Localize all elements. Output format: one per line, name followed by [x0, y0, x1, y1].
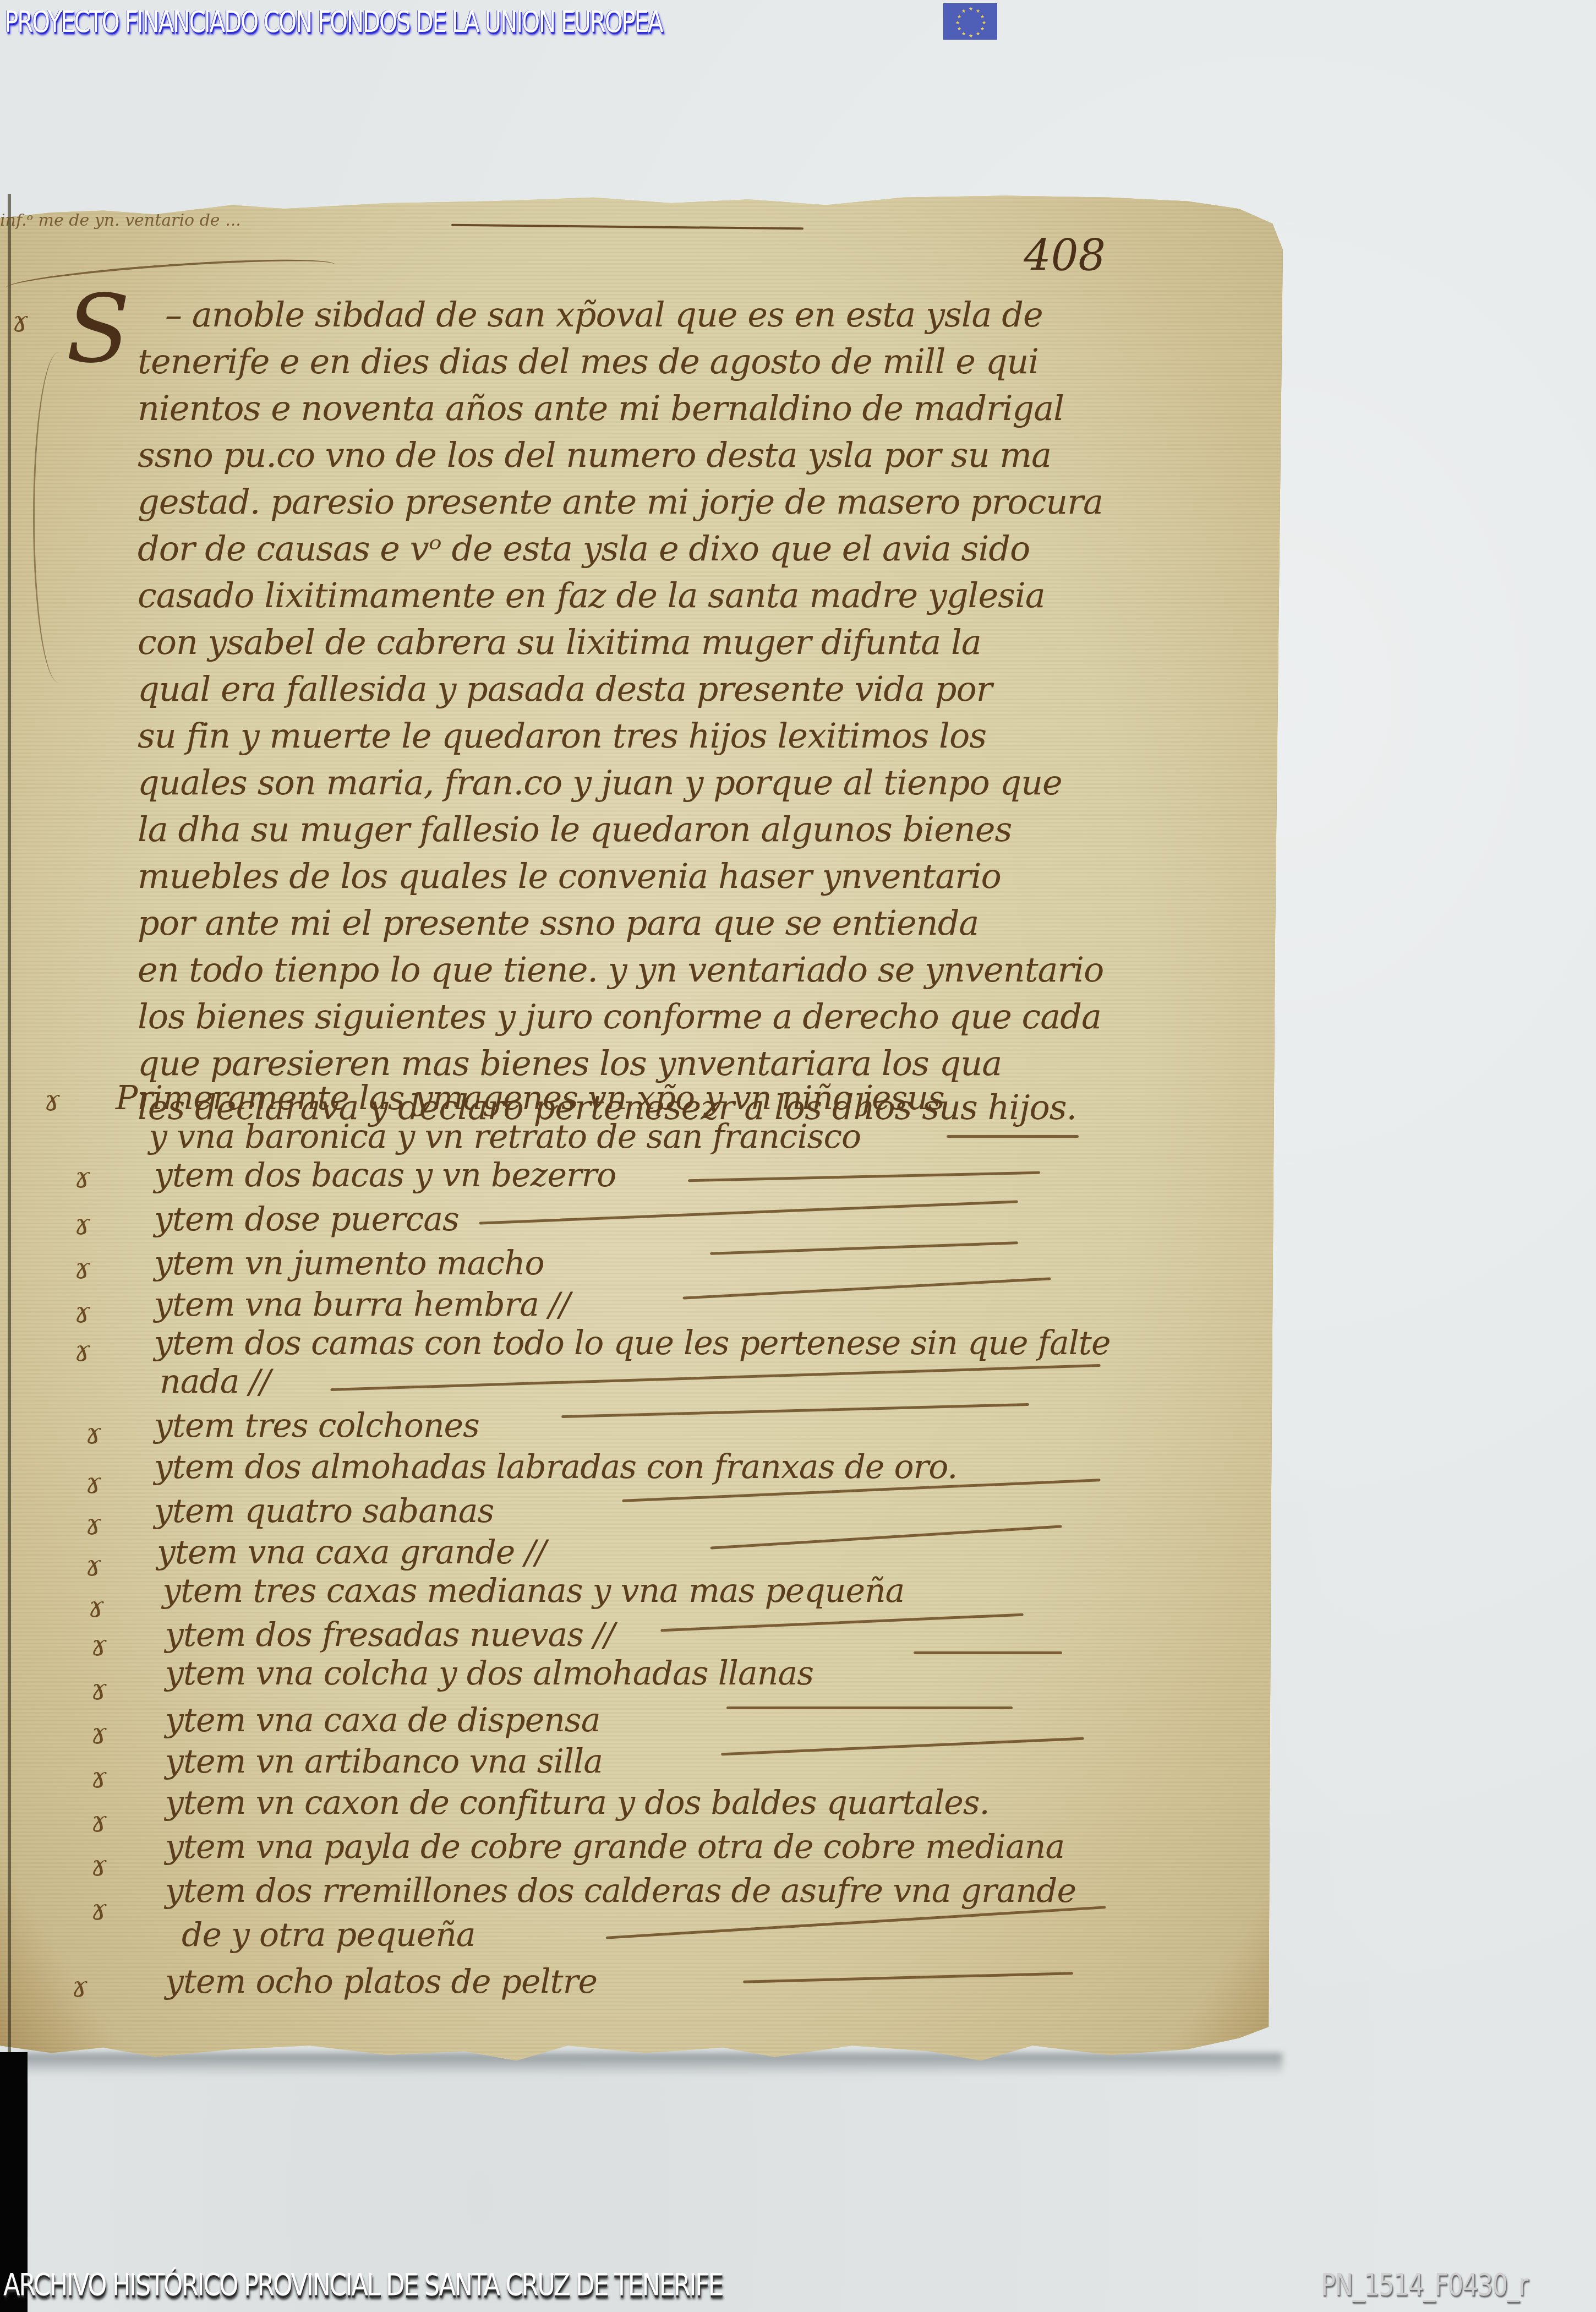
inventory-item: ytem ocho platos de peltre [165, 1962, 597, 2001]
body-line: la dha su muger fallesio le quedaron alg… [138, 809, 1012, 849]
inventory-item: ytem dos almohadas labradas con franxas … [154, 1448, 957, 1486]
star-icon: ★ [969, 34, 972, 37]
star-icon: ★ [980, 15, 983, 18]
body-line: por ante mi el presente ssno para que se… [138, 903, 979, 943]
inventory-item: ytem vn artibanco vna silla [165, 1742, 603, 1781]
body-line: nientos e noventa años ante mi bernaldin… [138, 388, 1064, 428]
line-filler [726, 1706, 1013, 1709]
eu-flag-icon: ★ ★ ★ ★ ★ ★ ★ ★ ★ ★ ★ ★ [943, 3, 997, 40]
body-line: en todo tienpo lo que tiene. y yn ventar… [138, 950, 1103, 990]
inventory-item: Primeramente las ymagenes vn xp̃o y vn n… [116, 1079, 944, 1117]
inventory-item: ytem vn jumento macho [154, 1244, 544, 1283]
margin-check-mark: ɤ [91, 1806, 107, 1839]
inventory-item: ytem quatro sabanas [154, 1492, 494, 1530]
body-line: casado lixitimamente en faz de la santa … [138, 575, 1045, 615]
body-line: quales son maria, fran.co y juan y porqu… [138, 762, 1062, 803]
funding-banner-text: PROYECTO FINANCIADO CON FONDOS DE LA UNI… [4, 4, 919, 39]
inventory-item: ytem vn caxon de confitura y dos baldes … [165, 1784, 990, 1822]
inventory-item: ytem dos rremillones dos calderas de asu… [165, 1872, 1076, 1910]
margin-check-mark: ɤ [91, 1850, 107, 1883]
star-icon: ★ [980, 27, 983, 30]
star-icon: ★ [982, 21, 985, 24]
margin-check-mark: ɤ [74, 1296, 90, 1329]
margin-check-mark: ɤ [91, 1717, 107, 1751]
margin-flourish [33, 352, 84, 683]
star-icon: ★ [957, 15, 960, 18]
star-icon: ★ [976, 9, 979, 13]
margin-check-mark: ɤ [44, 1084, 60, 1117]
margin-check-mark: ɤ [12, 306, 28, 339]
star-icon: ★ [969, 7, 972, 10]
line-filler [914, 1651, 1062, 1654]
star-icon: ★ [976, 32, 979, 35]
body-line: ssno pu.co vno de los del numero desta y… [138, 435, 1051, 475]
page-gutter [8, 194, 11, 2054]
body-line: con ysabel de cabrera su lixitima muger … [138, 622, 981, 662]
margin-check-mark: ɤ [74, 1162, 90, 1195]
heading-note: inf.ᵒ me de yn. ventario de ... [0, 211, 241, 230]
body-line: que paresieren mas bienes los ynventaria… [138, 1043, 1002, 1083]
inventory-item: de y otra pequeña [182, 1916, 475, 1954]
margin-check-mark: ɤ [72, 1971, 88, 2004]
margin-check-mark: ɤ [85, 1550, 101, 1583]
star-icon: ★ [961, 9, 965, 13]
funding-banner: PROYECTO FINANCIADO CON FONDOS DE LA UNI… [4, 2, 1177, 41]
body-line: muebles de los quales le convenia haser … [138, 856, 1001, 896]
inventory-item: ytem dose puercas [154, 1200, 459, 1239]
inventory-item: ytem vna caxa grande // [157, 1533, 546, 1572]
margin-check-mark: ɤ [91, 1894, 107, 1927]
inventory-item: ytem vna burra hembra // [154, 1285, 570, 1324]
star-icon: ★ [957, 27, 960, 30]
folio-number: 408 [1024, 231, 1106, 281]
body-line: los bienes siguientes y juro conforme a … [138, 996, 1101, 1037]
inventory-item: nada // [160, 1362, 270, 1401]
margin-check-mark: ɤ [91, 1673, 107, 1706]
margin-check-mark: ɤ [74, 1208, 90, 1241]
inventory-item: ytem dos fresadas nuevas // [165, 1616, 615, 1654]
inventory-item: ytem vna caxa de dispensa [165, 1701, 600, 1740]
inventory-item: y vna baronica y vn retrato de san franc… [149, 1117, 861, 1156]
line-filler [947, 1135, 1079, 1138]
body-line: gestad. paresio presente ante mi jorje d… [138, 482, 1103, 522]
body-line: dor de causas e vᵒ de esta ysla e dixo q… [138, 528, 1030, 569]
body-line: tenerife e en dies dias del mes de agost… [138, 341, 1039, 381]
body-line: – anoble sibdad de san xp̃oval que es en… [165, 295, 1043, 335]
margin-check-mark: ɤ [88, 1591, 104, 1624]
margin-check-mark: ɤ [74, 1335, 90, 1368]
margin-check-mark: ɤ [91, 1762, 107, 1795]
star-icon: ★ [961, 32, 965, 35]
margin-check-mark: ɤ [91, 1629, 107, 1662]
inventory-item: ytem tres colchones [154, 1406, 479, 1445]
document-reference: PN_1514_F0430_r [1321, 2267, 1528, 2303]
margin-check-mark: ɤ [74, 1252, 90, 1285]
margin-check-mark: ɤ [85, 1417, 101, 1451]
inventory-item: ytem tres caxas medianas y vna mas peque… [162, 1572, 904, 1610]
body-line: su fin y muerte le quedaron tres hijos l… [138, 716, 986, 756]
page-shadow [22, 2053, 1282, 2075]
star-icon: ★ [955, 21, 959, 24]
inventory-item: ytem vna colcha y dos almohadas llanas [165, 1654, 813, 1693]
body-line: qual era fallesida y pasada desta presen… [138, 669, 992, 709]
inventory-item: ytem vna payla de cobre grande otra de c… [165, 1828, 1064, 1866]
inventory-item: ytem dos bacas y vn bezerro [154, 1156, 616, 1195]
margin-check-mark: ɤ [85, 1467, 101, 1500]
inventory-item: ytem dos camas con todo lo que les perte… [154, 1324, 1111, 1362]
margin-check-mark: ɤ [85, 1508, 101, 1541]
archive-name: ARCHIVO HISTÓRICO PROVINCIAL DE SANTA CR… [3, 2267, 722, 2303]
